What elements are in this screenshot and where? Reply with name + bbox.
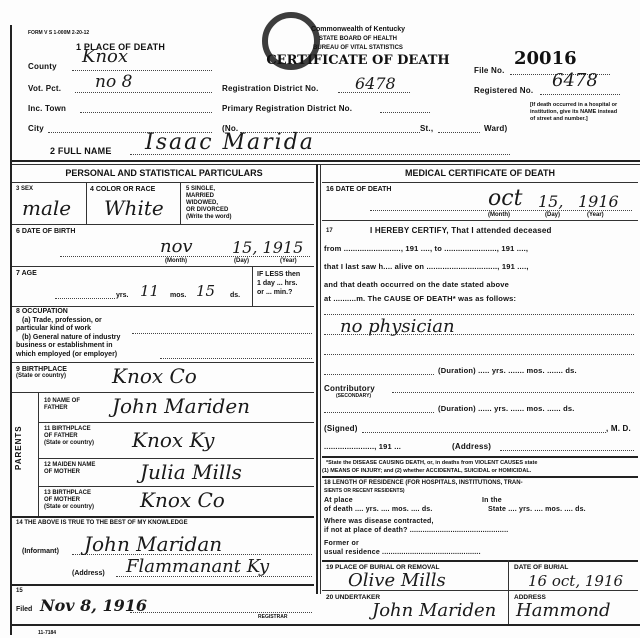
- vot-pct-value: no 8: [95, 72, 132, 92]
- burial-date-value: 16 oct, 1916: [528, 572, 623, 590]
- burial-date-label: DATE OF BURIAL: [514, 564, 568, 571]
- dob-month-caption: (Month): [165, 258, 187, 264]
- signed-label: (Signed): [324, 424, 358, 433]
- age-yrs-label: yrs.: [116, 292, 128, 299]
- mother-birthplace-label: 13 BIRTHPLACE OF MOTHER (State or countr…: [44, 490, 94, 511]
- header-bureau: BUREAU OF VITAL STATISTICS: [258, 45, 458, 51]
- undertaker-address-value: Hammond: [516, 600, 611, 621]
- race-label: 4 COLOR OR RACE: [90, 186, 155, 193]
- birthplace-value: Knox Co: [112, 364, 197, 388]
- duration-line: (Duration) ..... yrs. ....... mos. .....…: [438, 366, 577, 375]
- filed-number: 15: [16, 588, 23, 594]
- dob-label: 6 DATE OF BIRTH: [16, 228, 75, 235]
- primary-registration-label: Primary Registration District No.: [222, 104, 352, 113]
- attended-from-line: from ........................., 191 ....…: [324, 244, 528, 253]
- physician-address-label: (Address): [452, 442, 491, 451]
- md-label: , M. D.: [606, 424, 631, 433]
- mother-name-value: Julia Mills: [140, 460, 242, 484]
- dod-day: 15,: [538, 192, 563, 211]
- filed-label: Filed: [16, 606, 32, 613]
- document-title: CERTIFICATE OF DEATH: [238, 53, 478, 68]
- residence-label-1: 18 LENGTH OF RESIDENCE (FOR HOSPITALS, I…: [324, 480, 523, 486]
- father-birthplace-label: 11 BIRTHPLACE OF FATHER (State or countr…: [44, 426, 94, 447]
- dod-month: oct: [488, 186, 522, 211]
- cause-of-death-line: at ..........m. The CAUSE OF DEATH* was …: [324, 294, 516, 303]
- footnote-line-1: *State the DISEASE CAUSING DEATH, or, in…: [326, 460, 537, 466]
- dod-day-caption: (Day): [545, 212, 560, 218]
- dob-day-caption: (Day): [234, 258, 249, 264]
- ward-label: Ward): [484, 124, 507, 133]
- informant-address-value: Flammanant Ky: [126, 556, 269, 577]
- dod-year-caption: (Year): [587, 212, 604, 218]
- file-no-label: File No.: [474, 66, 505, 75]
- former-residence-line: usual residence ........................…: [324, 549, 481, 556]
- undertaker-value: John Mariden: [372, 600, 496, 621]
- header-state: Commonwealth of Kentucky: [258, 26, 458, 33]
- dob-day-year: 15, 1915: [232, 238, 303, 257]
- registration-district-label: Registration District No.: [222, 84, 319, 93]
- dod-year: 1916: [578, 192, 619, 211]
- age-ds-value: 15: [196, 282, 215, 300]
- secondary-label: (SECONDARY): [336, 393, 371, 399]
- file-no-value: 20016: [514, 48, 577, 69]
- contracted-line: if not at place of death? ..............…: [324, 527, 508, 534]
- cause-of-death-value: no physician: [340, 316, 455, 337]
- marital-status-label: 5 SINGLE, MARRIED WIDOWED, OR DIVORCED (…: [186, 186, 232, 221]
- signed-date-line: ......................, 191 ...: [324, 442, 401, 451]
- certify-number: 17: [326, 228, 333, 234]
- informant-value: John Maridan: [84, 532, 222, 556]
- in-state-label: In the: [482, 497, 502, 504]
- footer-code: 11-7184: [38, 630, 56, 636]
- contributory-label: Contributory: [324, 384, 375, 393]
- registered-no-value: 6478: [552, 70, 598, 91]
- column-divider: [316, 164, 318, 594]
- left-border-line: [10, 25, 12, 635]
- personal-section-title: PERSONAL AND STATISTICAL PARTICULARS: [14, 168, 314, 178]
- full-name-value: Isaac Marida: [145, 130, 315, 155]
- mother-birthplace-value: Knox Co: [140, 488, 225, 512]
- residence-label-2: SIENTS OR RECENT RESIDENTS): [324, 488, 405, 494]
- registrar-label: REGISTRAR: [258, 614, 287, 620]
- burial-place-value: Olive Mills: [348, 570, 446, 591]
- birthplace-label: 9 BIRTHPLACE (State or country): [16, 366, 67, 380]
- race-value: White: [104, 196, 164, 220]
- sex-label: 3 SEX: [16, 186, 33, 192]
- mother-name-label: 12 MAIDEN NAME OF MOTHER: [44, 462, 95, 476]
- age-ds-label: ds.: [230, 292, 240, 299]
- vot-pct-label: Vot. Pct.: [28, 84, 61, 93]
- at-place-duration: of death .... yrs. .... mos. .... ds.: [324, 506, 433, 513]
- county-label: County: [28, 62, 57, 71]
- medical-section-title: MEDICAL CERTIFICATE OF DEATH: [322, 168, 638, 178]
- inc-town-label: Inc. Town: [28, 104, 66, 113]
- father-name-label: 10 NAME OF FATHER: [44, 398, 80, 412]
- street-label: St.,: [420, 124, 433, 133]
- age-mos-label: mos.: [170, 292, 186, 299]
- sex-value: male: [22, 196, 71, 220]
- in-state-duration: State .... yrs. .... mos. .... ds.: [488, 506, 586, 513]
- death-occurred-line: and that death occurred on the date stat…: [324, 280, 509, 289]
- county-value: Knox: [82, 46, 128, 67]
- at-place-label: At place: [324, 497, 353, 504]
- informant-header: 14 THE ABOVE IS TRUE TO THE BEST OF MY K…: [16, 520, 188, 526]
- full-name-label: 2 FULL NAME: [50, 146, 112, 156]
- if-less-note: IF LESS then 1 day ... hrs. or ... min.?: [257, 270, 300, 297]
- dob-month: nov: [160, 236, 193, 257]
- informant-label: (Informant): [22, 548, 59, 555]
- footnote-line-2: (1) MEANS OF INJURY; and (2) whether ACC…: [322, 468, 531, 474]
- dob-year-caption: (Year): [280, 258, 297, 264]
- age-label: 7 AGE: [16, 270, 37, 277]
- father-name-value: John Mariden: [112, 394, 250, 418]
- contracted-label: Where was disease contracted,: [324, 518, 434, 525]
- certify-text: I HEREBY CERTIFY, That I attended deceas…: [370, 226, 552, 235]
- informant-address-label: (Address): [72, 570, 105, 577]
- registration-district-value: 6478: [355, 74, 396, 93]
- form-code: FORM V S 1-000M 2-20-12: [28, 30, 89, 36]
- father-birthplace-value: Knox Ky: [132, 428, 214, 452]
- dod-label: 16 DATE OF DEATH: [326, 186, 391, 193]
- city-label: City: [28, 124, 44, 133]
- former-residence-label: Former or: [324, 540, 359, 547]
- age-mos-value: 11: [140, 282, 159, 300]
- header-board: STATE BOARD OF HEALTH: [258, 36, 458, 42]
- hospital-note: [If death occurred in a hospital or inst…: [530, 102, 620, 123]
- duration-line-2: (Duration) ...... yrs. ...... mos. .....…: [438, 404, 575, 413]
- registered-no-label: Registered No.: [474, 86, 533, 95]
- last-saw-line: that I last saw h.... alive on .........…: [324, 262, 529, 271]
- parents-label: PARENTS: [14, 425, 23, 470]
- dod-month-caption: (Month): [488, 212, 510, 218]
- occupation-label: 8 OCCUPATION (a) Trade, profession, or p…: [16, 308, 120, 359]
